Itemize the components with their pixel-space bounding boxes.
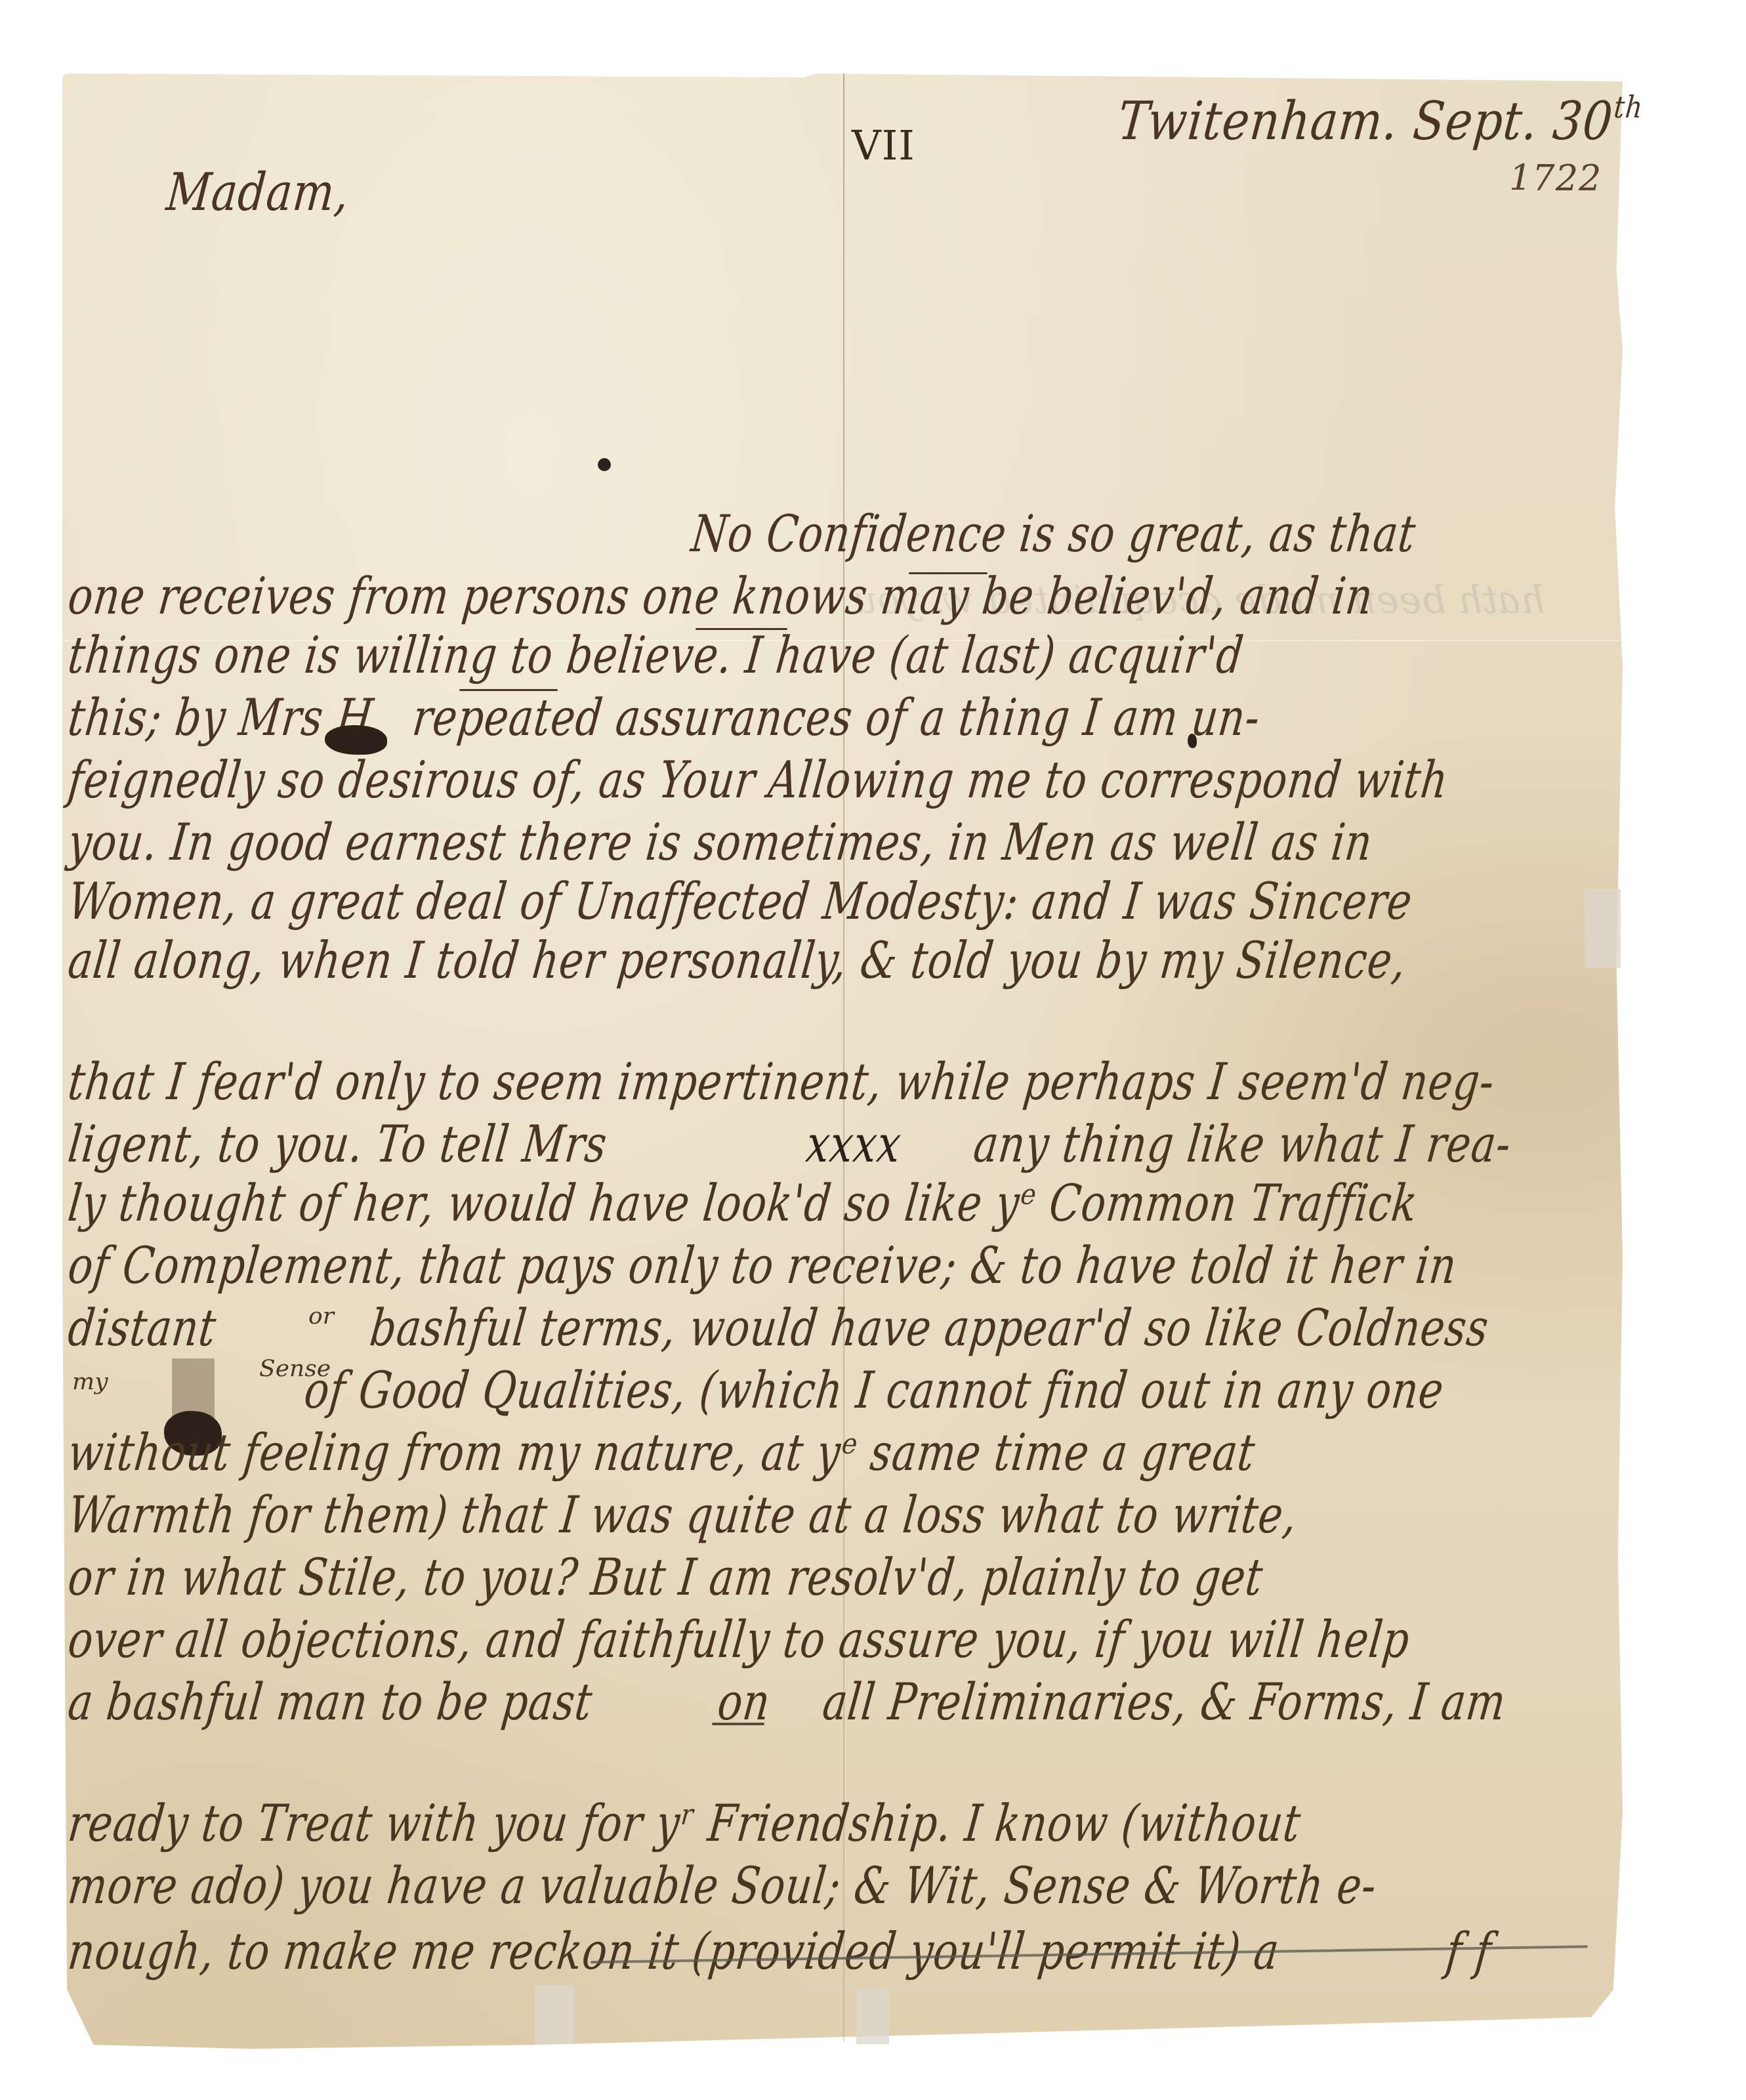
strike-through-mark <box>712 1723 764 1725</box>
inserted-word-my: my <box>72 1368 108 1395</box>
letter-line-5: feignedly so desirous of, as Your Allowi… <box>66 755 1451 806</box>
letter-line-3: things one is willing to believe. I have… <box>66 630 1246 681</box>
letter-line-22-tail: f f <box>1444 1926 1494 1977</box>
tape-repair <box>1585 889 1621 968</box>
redacted-name: xxxx <box>804 1119 904 1170</box>
folio-number: VII <box>852 121 915 169</box>
salutation: Madam, <box>164 162 352 222</box>
letter-line-15: without feeling from my nature, at yᵉ sa… <box>66 1427 1258 1479</box>
letter-line-1: No Confidence is so great, as that <box>689 509 1419 560</box>
letter-line-14: of Good Qualities, (which I cannot find … <box>302 1365 1446 1416</box>
letter-line-13: distant <box>66 1303 219 1354</box>
letter-line-12: of Complement, that pays only to receive… <box>66 1240 1459 1291</box>
letter-line-19: a bashful man to be past <box>66 1677 595 1728</box>
letter-line-13-cont: bashful terms, would have appear'd so li… <box>367 1303 1491 1354</box>
letter-line-21: more ado) you have a valuable Soul; & Wi… <box>66 1860 1379 1912</box>
year: 1722 <box>1509 157 1602 199</box>
ink-blot-small <box>1188 734 1197 748</box>
letter-line-17: or in what Stile, to you? But I am resol… <box>66 1552 1266 1603</box>
tape-repair <box>535 1985 574 2044</box>
inserted-word-or: or <box>308 1303 334 1330</box>
letter-line-10: ligent, to you. To tell Mrs <box>66 1119 610 1170</box>
letter-line-18: over all objections, and faithfully to a… <box>66 1614 1413 1666</box>
letter-line-11: ly thought of her, would have look'd so … <box>66 1178 1420 1229</box>
ink-dot <box>598 458 611 471</box>
letter-line-10-cont: any thing like what I rea- <box>971 1119 1514 1170</box>
struck-word: on <box>715 1677 773 1728</box>
letter-line-4-cont: repeated assurances of a thing I am un- <box>410 692 1263 744</box>
scan-canvas: hath been made accquainted w. you VII Tw… <box>0 0 1746 2100</box>
tape-repair <box>856 1988 889 2044</box>
date-superscript: th <box>1613 91 1645 125</box>
letter-line-22: nough, to make me reckon it (provided yo… <box>66 1926 1282 1977</box>
letter-line-7: Women, a great deal of Unaffected Modest… <box>66 876 1415 927</box>
letter-line-9: that I fear'd only to seem impertinent, … <box>66 1057 1497 1108</box>
letter-line-2: one receives from persons one knows may … <box>66 571 1376 622</box>
letter-line-19-cont: all Preliminaries, & Forms, I am <box>820 1677 1508 1728</box>
letter-line-20: ready to Treat with you for yʳ Friendshi… <box>66 1798 1303 1849</box>
place-date-text: Twitenham. Sept. 30 <box>1115 91 1615 152</box>
letter-line-6: you. In good earnest there is sometimes,… <box>66 817 1375 868</box>
letter-line-16: Warmth for them) that I was quite at a l… <box>66 1490 1300 1541</box>
letter-line-8: all along, when I told her personally, &… <box>66 935 1409 986</box>
place-date: Twitenham. Sept. 30th <box>1115 91 1644 152</box>
